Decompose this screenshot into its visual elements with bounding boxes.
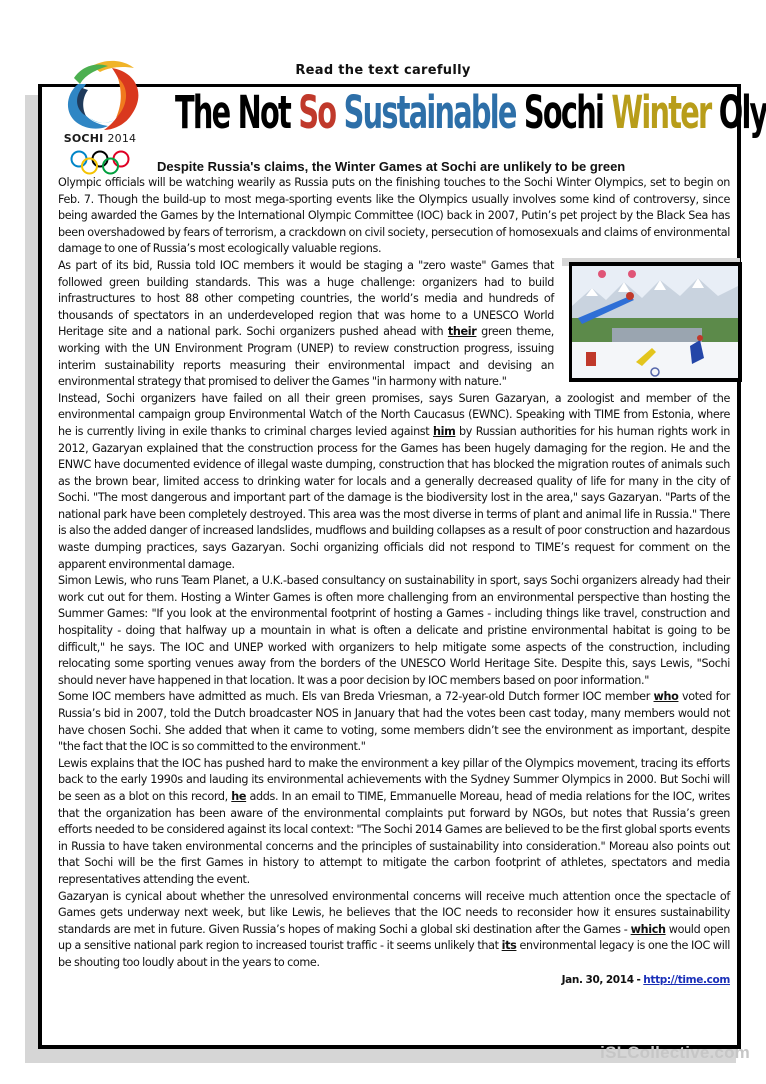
highlighted-word-their: their <box>448 325 477 338</box>
source-date: Jan. 30, 2014 - <box>562 974 644 986</box>
highlighted-word-which: which <box>631 923 666 936</box>
article-subtitle: Despite Russia's claims, the Winter Game… <box>157 159 625 174</box>
paragraph-3: Instead, Sochi organizers have failed on… <box>58 391 730 574</box>
sochi-logo: SOCHI 2014 <box>52 58 148 176</box>
winter-olympics-scene-icon <box>572 266 738 378</box>
paragraph-7: Gazaryan is cynical about whether the un… <box>58 889 730 972</box>
highlighted-word-him: him <box>433 425 455 438</box>
sochi-2014-label: SOCHI 2014 <box>52 132 148 145</box>
highlighted-word-he: he <box>231 790 246 803</box>
paragraph-4: Simon Lewis, who runs Team Planet, a U.K… <box>58 573 730 689</box>
paragraph-6: Lewis explains that the IOC has pushed h… <box>58 756 730 889</box>
paragraph-1: Olympic officials will be watching weari… <box>58 175 730 258</box>
highlighted-word-its: its <box>502 939 517 952</box>
highlighted-word-who: who <box>654 690 679 703</box>
paragraph-5: Some IOC members have admitted as much. … <box>58 689 730 755</box>
article-source: Jan. 30, 2014 - http://time.com <box>58 972 730 989</box>
page-title: The Not So Sustainable Sochi Winter Olym… <box>175 88 611 158</box>
source-link[interactable]: http://time.com <box>643 974 730 986</box>
olympic-rings-icon <box>68 150 132 176</box>
sochi-illustration <box>569 262 742 382</box>
sochi-flame-icon <box>52 58 148 132</box>
watermark: iSLCollective.com <box>600 1043 750 1063</box>
